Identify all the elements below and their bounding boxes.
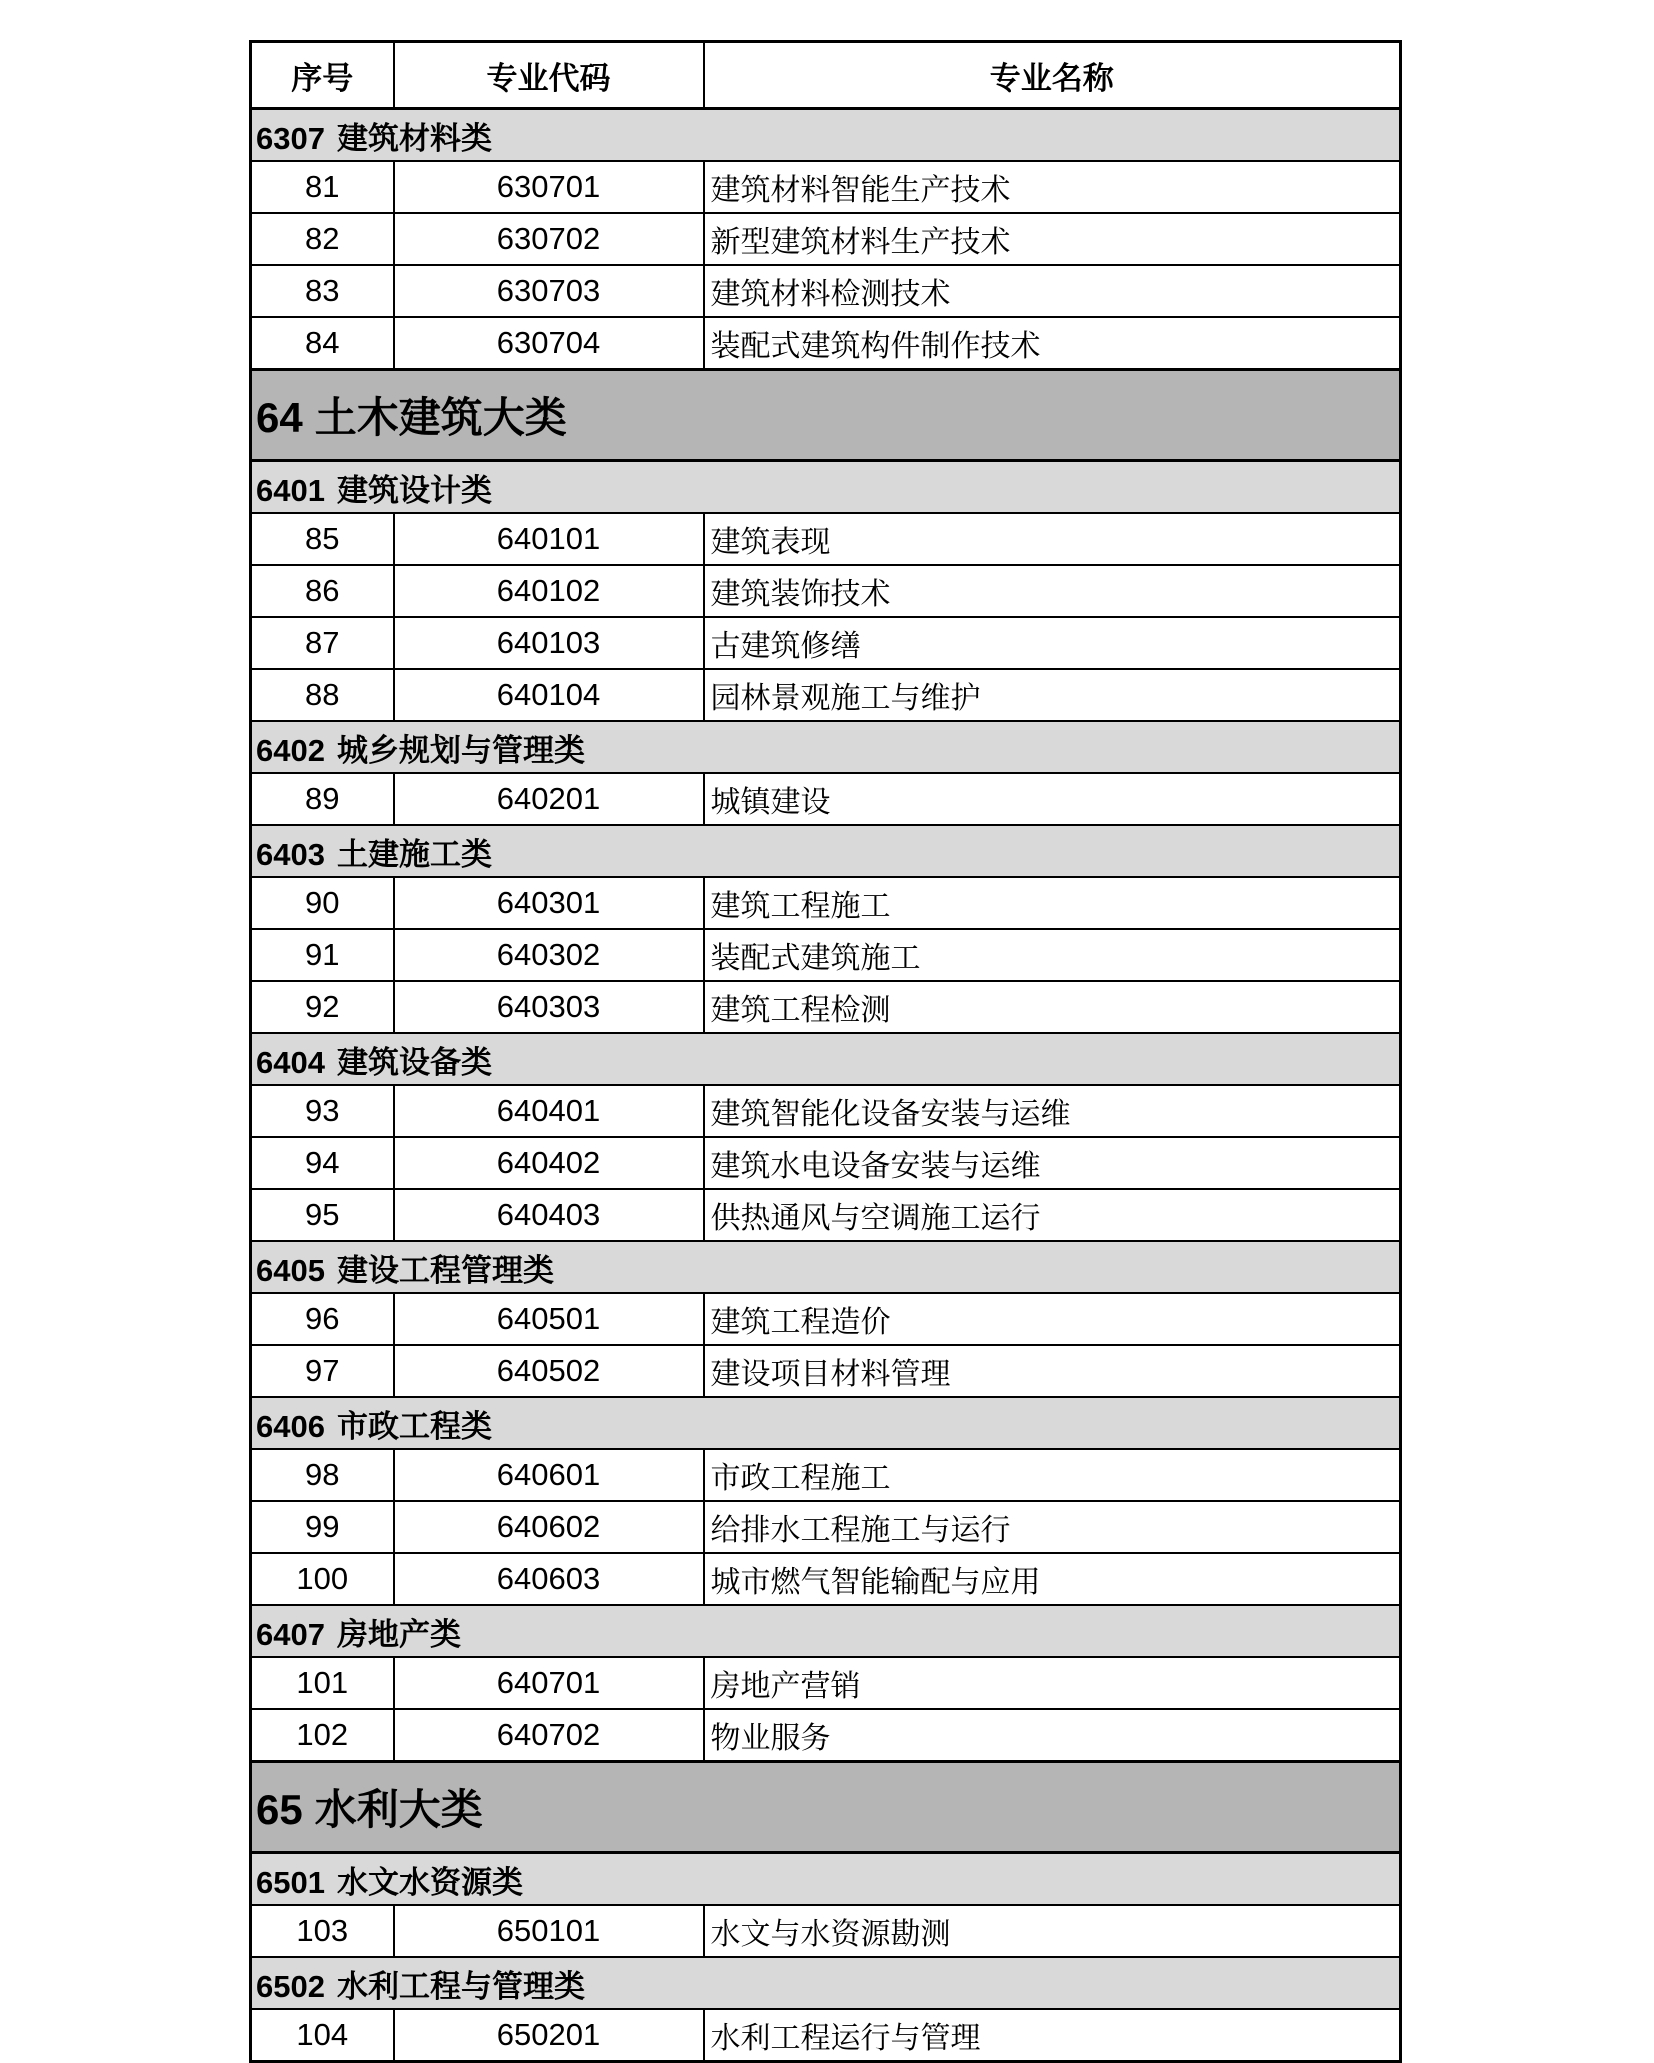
subcategory-header-row: 6502水利工程与管理类 — [251, 1957, 1401, 2009]
name-cell: 园林景观施工与维护 — [704, 669, 1401, 721]
code-cell: 640201 — [394, 773, 704, 825]
section-label-cell: 6407房地产类 — [251, 1605, 1401, 1657]
header-row: 序号 专业代码 专业名称 — [251, 42, 1401, 109]
major-row: 85640101建筑表现 — [251, 513, 1401, 565]
name-cell: 市政工程施工 — [704, 1449, 1401, 1501]
major-row: 98640601市政工程施工 — [251, 1449, 1401, 1501]
section-code: 6407 — [256, 1617, 325, 1652]
code-cell: 640702 — [394, 1709, 704, 1762]
code-cell: 640501 — [394, 1293, 704, 1345]
name-cell: 物业服务 — [704, 1709, 1401, 1762]
code-cell: 640701 — [394, 1657, 704, 1709]
serial-cell: 100 — [251, 1553, 394, 1605]
code-cell: 640403 — [394, 1189, 704, 1241]
code-cell: 650101 — [394, 1905, 704, 1957]
category-header-row: 64土木建筑大类 — [251, 370, 1401, 461]
major-row: 92640303建筑工程检测 — [251, 981, 1401, 1033]
serial-cell: 92 — [251, 981, 394, 1033]
name-cell: 建筑表现 — [704, 513, 1401, 565]
name-cell: 建筑工程施工 — [704, 877, 1401, 929]
name-cell: 水利工程运行与管理 — [704, 2009, 1401, 2062]
code-cell: 640302 — [394, 929, 704, 981]
section-name: 土建施工类 — [337, 837, 492, 872]
subcategory-header-row: 6307建筑材料类 — [251, 109, 1401, 162]
section-code: 6403 — [256, 837, 325, 872]
serial-cell: 88 — [251, 669, 394, 721]
major-row: 83630703建筑材料检测技术 — [251, 265, 1401, 317]
section-label-cell: 6405建设工程管理类 — [251, 1241, 1401, 1293]
section-name: 市政工程类 — [337, 1409, 492, 1444]
name-cell: 建筑水电设备安装与运维 — [704, 1137, 1401, 1189]
subcategory-header-row: 6405建设工程管理类 — [251, 1241, 1401, 1293]
name-cell: 建筑装饰技术 — [704, 565, 1401, 617]
section-code: 6307 — [256, 121, 325, 156]
section-name: 建筑设计类 — [337, 473, 492, 508]
section-label-cell: 64土木建筑大类 — [251, 370, 1401, 461]
subcategory-header-row: 6401建筑设计类 — [251, 461, 1401, 514]
code-cell: 640101 — [394, 513, 704, 565]
code-cell: 630702 — [394, 213, 704, 265]
document-page: 序号 专业代码 专业名称 6307建筑材料类81630701建筑材料智能生产技术… — [0, 0, 1654, 2017]
serial-cell: 102 — [251, 1709, 394, 1762]
code-cell: 630703 — [394, 265, 704, 317]
name-cell: 供热通风与空调施工运行 — [704, 1189, 1401, 1241]
serial-cell: 81 — [251, 161, 394, 213]
serial-cell: 84 — [251, 317, 394, 370]
name-cell: 城镇建设 — [704, 773, 1401, 825]
serial-cell: 93 — [251, 1085, 394, 1137]
subcategory-header-row: 6402城乡规划与管理类 — [251, 721, 1401, 773]
name-cell: 建筑材料智能生产技术 — [704, 161, 1401, 213]
code-cell: 640301 — [394, 877, 704, 929]
name-cell: 建筑工程检测 — [704, 981, 1401, 1033]
serial-cell: 98 — [251, 1449, 394, 1501]
major-row: 97640502建设项目材料管理 — [251, 1345, 1401, 1397]
section-label-cell: 6403土建施工类 — [251, 825, 1401, 877]
major-row: 82630702新型建筑材料生产技术 — [251, 213, 1401, 265]
section-name: 建筑材料类 — [337, 121, 492, 156]
code-cell: 630701 — [394, 161, 704, 213]
subcategory-header-row: 6403土建施工类 — [251, 825, 1401, 877]
section-code: 6404 — [256, 1045, 325, 1080]
serial-cell: 91 — [251, 929, 394, 981]
code-cell: 640601 — [394, 1449, 704, 1501]
section-label-cell: 6501水文水资源类 — [251, 1853, 1401, 1906]
name-cell: 给排水工程施工与运行 — [704, 1501, 1401, 1553]
name-cell: 房地产营销 — [704, 1657, 1401, 1709]
major-row: 100640603城市燃气智能输配与应用 — [251, 1553, 1401, 1605]
serial-cell: 90 — [251, 877, 394, 929]
section-code: 6406 — [256, 1409, 325, 1444]
serial-cell: 99 — [251, 1501, 394, 1553]
serial-cell: 94 — [251, 1137, 394, 1189]
serial-cell: 83 — [251, 265, 394, 317]
serial-cell: 101 — [251, 1657, 394, 1709]
name-cell: 城市燃气智能输配与应用 — [704, 1553, 1401, 1605]
major-row: 84630704装配式建筑构件制作技术 — [251, 317, 1401, 370]
major-row: 101640701房地产营销 — [251, 1657, 1401, 1709]
name-cell: 装配式建筑构件制作技术 — [704, 317, 1401, 370]
name-cell: 建设项目材料管理 — [704, 1345, 1401, 1397]
code-cell: 640502 — [394, 1345, 704, 1397]
code-cell: 640602 — [394, 1501, 704, 1553]
section-label-cell: 65水利大类 — [251, 1762, 1401, 1853]
table-body: 6307建筑材料类81630701建筑材料智能生产技术82630702新型建筑材… — [251, 109, 1401, 2062]
section-name: 水利工程与管理类 — [337, 1969, 585, 2004]
major-codes-table: 序号 专业代码 专业名称 6307建筑材料类81630701建筑材料智能生产技术… — [249, 40, 1402, 2063]
section-code: 64 — [256, 394, 303, 441]
major-row: 89640201城镇建设 — [251, 773, 1401, 825]
section-label-cell: 6406市政工程类 — [251, 1397, 1401, 1449]
subcategory-header-row: 6404建筑设备类 — [251, 1033, 1401, 1085]
serial-cell: 95 — [251, 1189, 394, 1241]
section-name: 建设工程管理类 — [337, 1253, 554, 1288]
major-row: 81630701建筑材料智能生产技术 — [251, 161, 1401, 213]
major-row: 93640401建筑智能化设备安装与运维 — [251, 1085, 1401, 1137]
section-label-cell: 6307建筑材料类 — [251, 109, 1401, 162]
serial-cell: 89 — [251, 773, 394, 825]
section-name: 建筑设备类 — [337, 1045, 492, 1080]
serial-cell: 85 — [251, 513, 394, 565]
major-row: 87640103古建筑修缮 — [251, 617, 1401, 669]
section-label-cell: 6401建筑设计类 — [251, 461, 1401, 514]
section-name: 土木建筑大类 — [315, 394, 567, 441]
code-cell: 640303 — [394, 981, 704, 1033]
col-header-name: 专业名称 — [704, 42, 1401, 109]
section-code: 65 — [256, 1786, 303, 1833]
name-cell: 水文与水资源勘测 — [704, 1905, 1401, 1957]
major-row: 96640501建筑工程造价 — [251, 1293, 1401, 1345]
name-cell: 建筑材料检测技术 — [704, 265, 1401, 317]
code-cell: 630704 — [394, 317, 704, 370]
name-cell: 建筑智能化设备安装与运维 — [704, 1085, 1401, 1137]
major-row: 94640402建筑水电设备安装与运维 — [251, 1137, 1401, 1189]
name-cell: 古建筑修缮 — [704, 617, 1401, 669]
code-cell: 640104 — [394, 669, 704, 721]
major-row: 99640602给排水工程施工与运行 — [251, 1501, 1401, 1553]
code-cell: 640401 — [394, 1085, 704, 1137]
serial-cell: 97 — [251, 1345, 394, 1397]
code-cell: 640102 — [394, 565, 704, 617]
major-row: 95640403供热通风与空调施工运行 — [251, 1189, 1401, 1241]
section-label-cell: 6402城乡规划与管理类 — [251, 721, 1401, 773]
subcategory-header-row: 6501水文水资源类 — [251, 1853, 1401, 1906]
section-label-cell: 6404建筑设备类 — [251, 1033, 1401, 1085]
code-cell: 640402 — [394, 1137, 704, 1189]
subcategory-header-row: 6406市政工程类 — [251, 1397, 1401, 1449]
serial-cell: 104 — [251, 2009, 394, 2062]
serial-cell: 103 — [251, 1905, 394, 1957]
section-code: 6502 — [256, 1969, 325, 2004]
section-code: 6405 — [256, 1253, 325, 1288]
section-code: 6501 — [256, 1865, 325, 1900]
name-cell: 建筑工程造价 — [704, 1293, 1401, 1345]
major-row: 90640301建筑工程施工 — [251, 877, 1401, 929]
subcategory-header-row: 6407房地产类 — [251, 1605, 1401, 1657]
section-label-cell: 6502水利工程与管理类 — [251, 1957, 1401, 2009]
name-cell: 装配式建筑施工 — [704, 929, 1401, 981]
major-row: 91640302装配式建筑施工 — [251, 929, 1401, 981]
section-name: 城乡规划与管理类 — [337, 733, 585, 768]
col-header-code: 专业代码 — [394, 42, 704, 109]
category-header-row: 65水利大类 — [251, 1762, 1401, 1853]
major-row: 88640104园林景观施工与维护 — [251, 669, 1401, 721]
section-code: 6402 — [256, 733, 325, 768]
section-code: 6401 — [256, 473, 325, 508]
col-header-serial: 序号 — [251, 42, 394, 109]
code-cell: 640103 — [394, 617, 704, 669]
section-name: 房地产类 — [337, 1617, 461, 1652]
serial-cell: 96 — [251, 1293, 394, 1345]
code-cell: 650201 — [394, 2009, 704, 2062]
section-name: 水利大类 — [315, 1786, 483, 1833]
major-row: 102640702物业服务 — [251, 1709, 1401, 1762]
serial-cell: 82 — [251, 213, 394, 265]
name-cell: 新型建筑材料生产技术 — [704, 213, 1401, 265]
major-row: 86640102建筑装饰技术 — [251, 565, 1401, 617]
major-row: 103650101水文与水资源勘测 — [251, 1905, 1401, 1957]
serial-cell: 86 — [251, 565, 394, 617]
serial-cell: 87 — [251, 617, 394, 669]
code-cell: 640603 — [394, 1553, 704, 1605]
section-name: 水文水资源类 — [337, 1865, 523, 1900]
